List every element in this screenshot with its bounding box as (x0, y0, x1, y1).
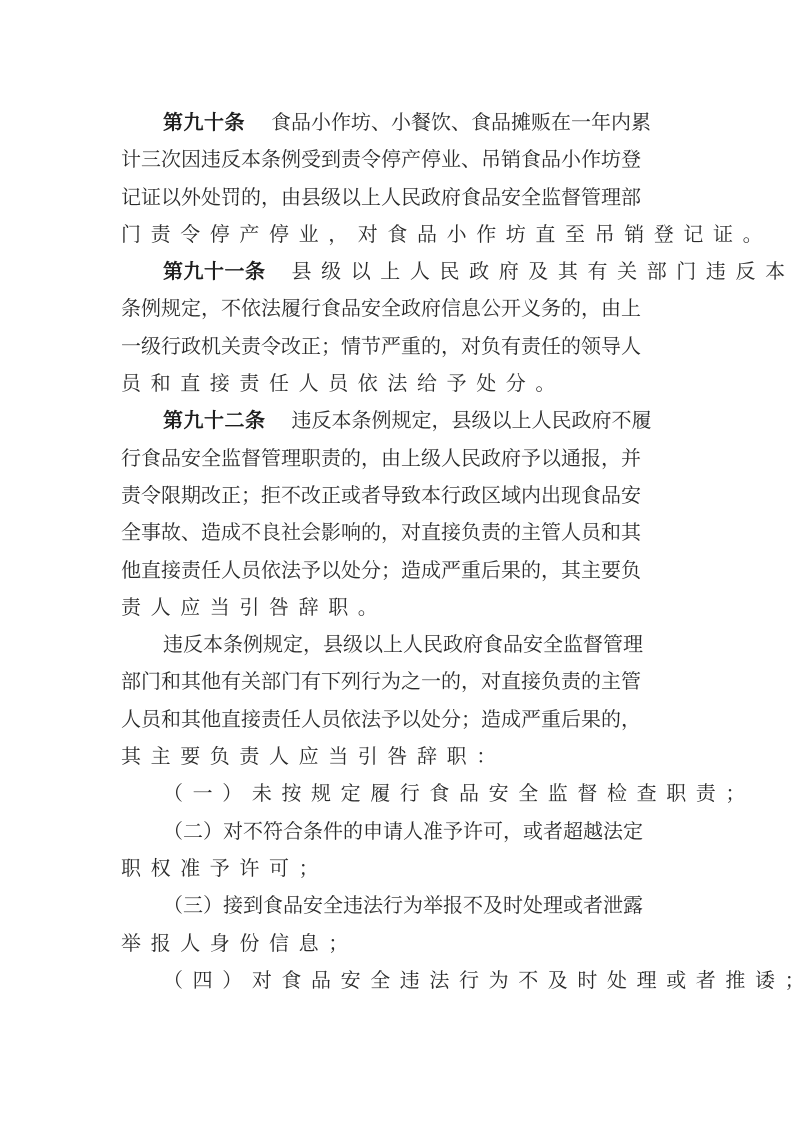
list-item-3-continued: 举报人身份信息； (121, 925, 671, 962)
item-text: 接到食品安全违法行为举报不及时处理或者泄露 (223, 893, 643, 917)
item-marker: （四） (163, 968, 252, 992)
article-line: 计三次因违反本条例受到责令停产停业、吊销食品小作坊登 (121, 141, 671, 178)
paragraph-violations: 违反本条例规定，县级以上人民政府食品安全监督管理 部门和其他有关部门有下列行为之… (121, 626, 671, 775)
item-marker: （一） (163, 781, 252, 805)
article-title: 第九十条 (163, 110, 245, 134)
list-item-4: （四）对食品安全违法行为不及时处理或者推诿； (121, 962, 671, 999)
article-line: 责令限期改正；拒不改正或者导致本行政区域内出现食品安 (121, 477, 671, 514)
article-line: 第九十二条违反本条例规定，县级以上人民政府不履 (121, 402, 671, 439)
item-marker: （三） (163, 893, 223, 917)
article-line: 记证以外处罚的，由县级以上人民政府食品安全监督管理部 (121, 179, 671, 216)
article-line: 门责令停产停业，对食品小作坊直至吊销登记证。 (121, 216, 671, 253)
item-text: 未按规定履行食品安全监督检查职责； (252, 781, 755, 805)
article-90: 第九十条食品小作坊、小餐饮、食品摊贩在一年内累 计三次因违反本条例受到责令停产停… (121, 104, 671, 253)
document-page: 第九十条食品小作坊、小餐饮、食品摊贩在一年内累 计三次因违反本条例受到责令停产停… (121, 104, 671, 999)
item-text: 对不符合条件的申请人准予许可，或者超越法定 (223, 819, 643, 843)
article-text: 违反本条例规定，县级以上人民政府不履 (292, 408, 652, 432)
article-line: 他直接责任人员依法予以处分；造成严重后果的，其主要负 (121, 552, 671, 589)
article-title: 第九十一条 (163, 259, 266, 283)
article-line: 员和直接责任人员依法给予处分。 (121, 365, 671, 402)
article-line: 行食品安全监督管理职责的，由上级人民政府予以通报，并 (121, 440, 671, 477)
article-line: 责人应当引咎辞职。 (121, 589, 671, 626)
article-91: 第九十一条县级以上人民政府及其有关部门违反本 条例规定，不依法履行食品安全政府信… (121, 253, 671, 402)
paragraph-line: 部门和其他有关部门有下列行为之一的，对直接负责的主管 (121, 663, 671, 700)
paragraph-line: 人员和其他直接责任人员依法予以处分；造成严重后果的， (121, 701, 671, 738)
article-text: 食品小作坊、小餐饮、食品摊贩在一年内累 (271, 110, 651, 134)
article-title: 第九十二条 (163, 408, 266, 432)
article-line: 第九十条食品小作坊、小餐饮、食品摊贩在一年内累 (121, 104, 671, 141)
article-line: 条例规定，不依法履行食品安全政府信息公开义务的，由上 (121, 290, 671, 327)
list-item-2-continued: 职权准予许可； (121, 850, 671, 887)
list-item-1: （一）未按规定履行食品安全监督检查职责； (121, 775, 671, 812)
item-marker: （二） (163, 819, 223, 843)
article-line: 全事故、造成不良社会影响的，对直接负责的主管人员和其 (121, 514, 671, 551)
article-92: 第九十二条违反本条例规定，县级以上人民政府不履 行食品安全监督管理职责的，由上级… (121, 402, 671, 626)
article-text: 县级以上人民政府及其有关部门违反本 (292, 259, 793, 283)
list-item-3: （三）接到食品安全违法行为举报不及时处理或者泄露 (121, 887, 671, 924)
paragraph-line: 其主要负责人应当引咎辞职： (121, 738, 671, 775)
article-line: 一级行政机关责令改正；情节严重的，对负有责任的领导人 (121, 328, 671, 365)
list-item-2: （二）对不符合条件的申请人准予许可，或者超越法定 (121, 813, 671, 850)
article-line: 第九十一条县级以上人民政府及其有关部门违反本 (121, 253, 671, 290)
item-text: 对食品安全违法行为不及时处理或者推诿； (252, 968, 793, 992)
item-list: （一）未按规定履行食品安全监督检查职责； （二）对不符合条件的申请人准予许可，或… (121, 775, 671, 999)
paragraph-line: 违反本条例规定，县级以上人民政府食品安全监督管理 (121, 626, 671, 663)
